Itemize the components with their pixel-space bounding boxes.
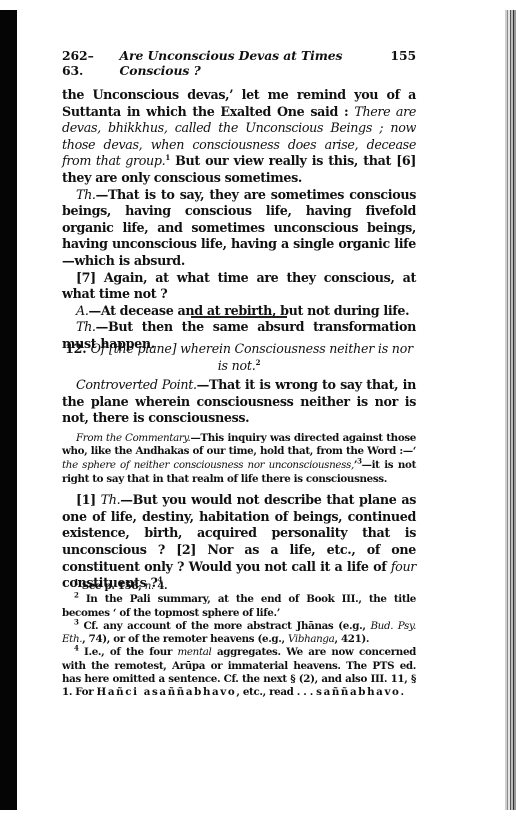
pali-term: Hañci asaññabhavo xyxy=(97,686,237,698)
running-head-title: Are Unconscious Devas at Times Conscious… xyxy=(120,48,391,78)
controverted-point-label: Controverted Point. xyxy=(76,377,197,392)
text: [1] xyxy=(76,492,101,507)
section-12-body: Controverted Point.—That it is wrong to … xyxy=(62,377,416,592)
book-page: 262–63. Are Unconscious Devas at Times C… xyxy=(62,48,416,353)
running-head: 262–63. Are Unconscious Devas at Times C… xyxy=(62,48,416,78)
text: In the Pali summary, at the end of Book … xyxy=(62,593,416,618)
footnote-2: 2 In the Pali summary, at the end of Boo… xyxy=(62,593,416,620)
section-11-continuation: the Unconscious devas,’ let me remind yo… xyxy=(62,87,416,353)
controverted-point: Controverted Point.—That it is wrong to … xyxy=(62,377,416,427)
emphasis: four xyxy=(391,559,416,574)
paragraph: the Unconscious devas,’ let me remind yo… xyxy=(62,87,416,187)
italic-text: mental xyxy=(178,646,212,658)
speaker-label: A. xyxy=(76,303,89,318)
scan-left-margin-shadow xyxy=(0,10,17,810)
text: See p. 158, xyxy=(79,580,145,592)
text: 4. xyxy=(154,580,167,592)
quote: the sphere of neither consciousness nor … xyxy=(62,459,354,471)
speaker-label: Th. xyxy=(76,319,96,334)
footnote-3: 3 Cf. any account of the more abstract J… xyxy=(62,620,416,647)
italic-text: n. xyxy=(145,580,154,592)
speaker-label: Th. xyxy=(101,492,121,507)
scan-right-page-edge xyxy=(505,10,516,810)
text: . xyxy=(401,686,404,698)
commentary: From the Commentary.—This inquiry was di… xyxy=(62,432,416,486)
text: I.e., of the four xyxy=(79,646,178,658)
section-number: 12. xyxy=(65,341,86,356)
commentary-label: From the Commentary. xyxy=(76,432,190,444)
pali-term: saññabhavo xyxy=(316,686,400,698)
text: [7] Again, at what time are they conscio… xyxy=(62,270,416,302)
paragraph: [7] Again, at what time are they conscio… xyxy=(62,270,416,303)
text: —That is to say, they are sometimes cons… xyxy=(62,187,416,268)
text: , etc., read . . . xyxy=(236,686,316,698)
text: Cf. any account of the more abstract Jhā… xyxy=(79,620,371,632)
running-head-section-numbers: 262–63. xyxy=(62,48,109,78)
text: , 421). xyxy=(334,633,369,645)
footnote-ref[interactable]: 2 xyxy=(256,358,261,367)
paragraph: Th.—That is to say, they are sometimes c… xyxy=(62,187,416,270)
page-number: 155 xyxy=(390,48,416,78)
text: , 74), or of the remoter heavens (e.g., xyxy=(82,633,288,645)
footnote-1: 1 See p. 158, n. 4. xyxy=(62,580,416,593)
italic-text: Vibhanga xyxy=(288,633,334,645)
speaker-label: Th. xyxy=(76,187,96,202)
section-divider-rule xyxy=(191,316,287,318)
paragraph: [1] Th.—But you would not describe that … xyxy=(62,492,416,592)
section-title: Of [the plane] wherein Consciousness nei… xyxy=(91,341,413,373)
footnote-4: 4 I.e., of the four mental aggregates. W… xyxy=(62,646,416,699)
footnotes: 1 See p. 158, n. 4. 2 In the Pali summar… xyxy=(62,580,416,700)
section-heading: 12. Of [the plane] wherein Consciousness… xyxy=(62,340,416,374)
